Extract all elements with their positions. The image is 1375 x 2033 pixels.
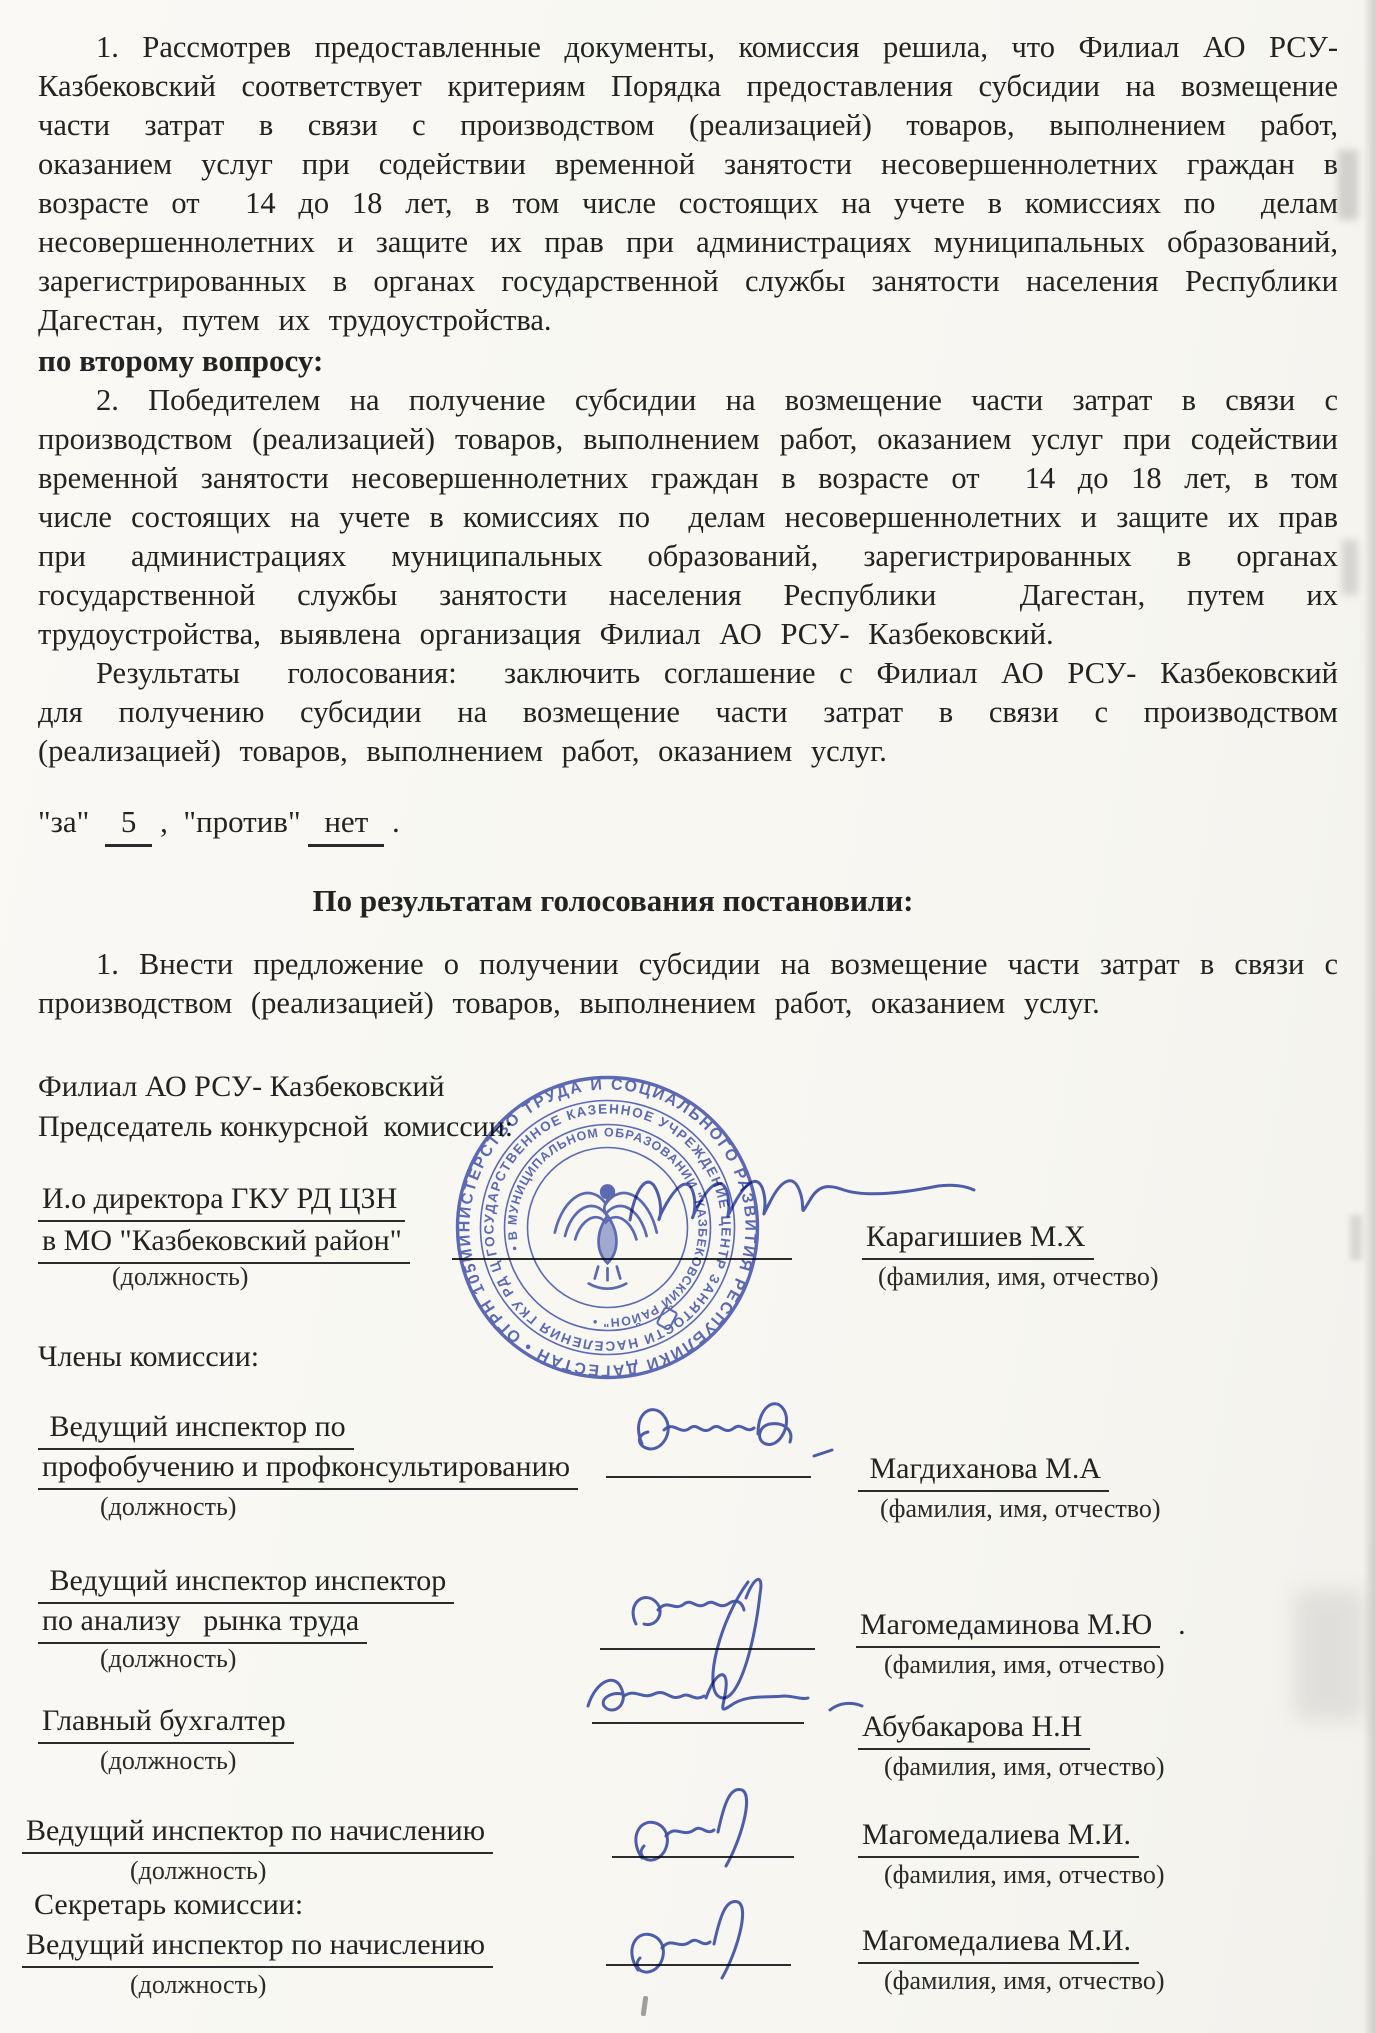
signer-6-position-caption: (должность): [130, 1970, 266, 2000]
signature-magomedalieva-1: [614, 1780, 784, 1890]
paragraph-3: Результаты голосования: заключить соглаш…: [38, 654, 1338, 771]
signature-magdikhanova: [608, 1386, 858, 1486]
document-body: 1. Рассмотрев предоставленные документы,…: [38, 28, 1338, 1023]
signature-magomedalieva-2: [610, 1892, 780, 2002]
signer-4-position-caption: (должность): [100, 1746, 236, 1776]
signer-4-name: Абубакарова Н.Н: [858, 1708, 1090, 1750]
signer-1-fio-caption: (фамилия, имя, отчество): [878, 1262, 1159, 1292]
vote-za-label: "за": [38, 804, 89, 839]
paragraph-1: 1. Рассмотрев предоставленные документы,…: [38, 28, 1338, 340]
signer-2-name: Магдиханова М.А: [858, 1450, 1109, 1492]
signer-5-position-caption: (должность): [130, 1856, 266, 1886]
vote-protiv-label: "против": [183, 804, 300, 839]
resolution-item: 1. Внести предложение о получении субсид…: [38, 945, 1338, 1023]
scan-edge-shadow: [1363, 0, 1375, 2033]
paragraph-2: 2. Победителем на получение субсидии на …: [38, 381, 1338, 654]
signer-6-fio-caption: (фамилия, имя, отчество): [884, 1966, 1165, 1996]
signer-1-position-line-1: И.о директора ГКУ РД ЦЗН: [38, 1180, 405, 1222]
vote-line: "за" 5 , "против" нет .: [38, 801, 1338, 847]
signature-abubakarova: [578, 1654, 878, 1744]
document-page: 1. Рассмотрев предоставленные документы,…: [0, 0, 1375, 2033]
signer-3-fio-caption: (фамилия, имя, отчество): [884, 1650, 1165, 1680]
org-name-line: Филиал АО РСУ- Казбековский: [38, 1068, 445, 1105]
signer-5-fio-caption: (фамилия, имя, отчество): [884, 1860, 1165, 1890]
signer-3-name: Магомедаминова М.Ю.: [856, 1606, 1186, 1648]
signer-1-position-line-2: в МО "Казбековский район": [38, 1222, 410, 1264]
signer-2-fio-caption: (фамилия, имя, отчество): [880, 1494, 1161, 1524]
signer-3-position-line-1: Ведущий инспектор инспектор: [38, 1562, 454, 1604]
signer-5-name: Магомедалиева М.И.: [858, 1816, 1139, 1858]
vote-za-value: 5: [105, 801, 153, 847]
signer-3-position-caption: (должность): [100, 1644, 236, 1674]
signer-6-position-line-1: Ведущий инспектор по начислению: [22, 1926, 493, 1968]
signer-4-position-line-1: Главный бухгалтер: [38, 1702, 294, 1744]
scan-smudge-4: [1295, 1590, 1365, 1720]
chairman-heading: Председатель конкурсной комиссии:: [38, 1108, 513, 1145]
members-heading: Члены комиссии:: [38, 1338, 259, 1375]
vote-terminator: .: [392, 804, 400, 839]
vote-protiv-value: нет: [308, 801, 384, 847]
vote-separator: ,: [160, 804, 168, 839]
signer-6-name: Магомедалиева М.И.: [858, 1922, 1139, 1964]
signer-5-position-line-1: Ведущий инспектор по начислению: [22, 1812, 493, 1854]
signer-3-stray-dot: .: [1178, 1608, 1186, 1641]
signer-2-position-line-2: профобучению и профконсультированию: [38, 1448, 578, 1490]
scan-smudge-3: [1350, 1215, 1362, 1260]
signature-karagishiev: [622, 1142, 982, 1252]
signer-2-position-caption: (должность): [100, 1492, 236, 1522]
signer-4-fio-caption: (фамилия, имя, отчество): [884, 1752, 1165, 1782]
signer-2-position-line-1: Ведущий инспектор по: [38, 1408, 354, 1450]
resolution-heading: По результатам голосования постановили:: [38, 883, 1188, 919]
secretary-heading: Секретарь комиссии:: [34, 1886, 303, 1923]
signer-3-position-line-2: по анализу рынка труда: [38, 1602, 367, 1644]
signer-1-position-caption: (должность): [112, 1262, 248, 1292]
section2-heading: по второму вопросу:: [38, 341, 1338, 381]
